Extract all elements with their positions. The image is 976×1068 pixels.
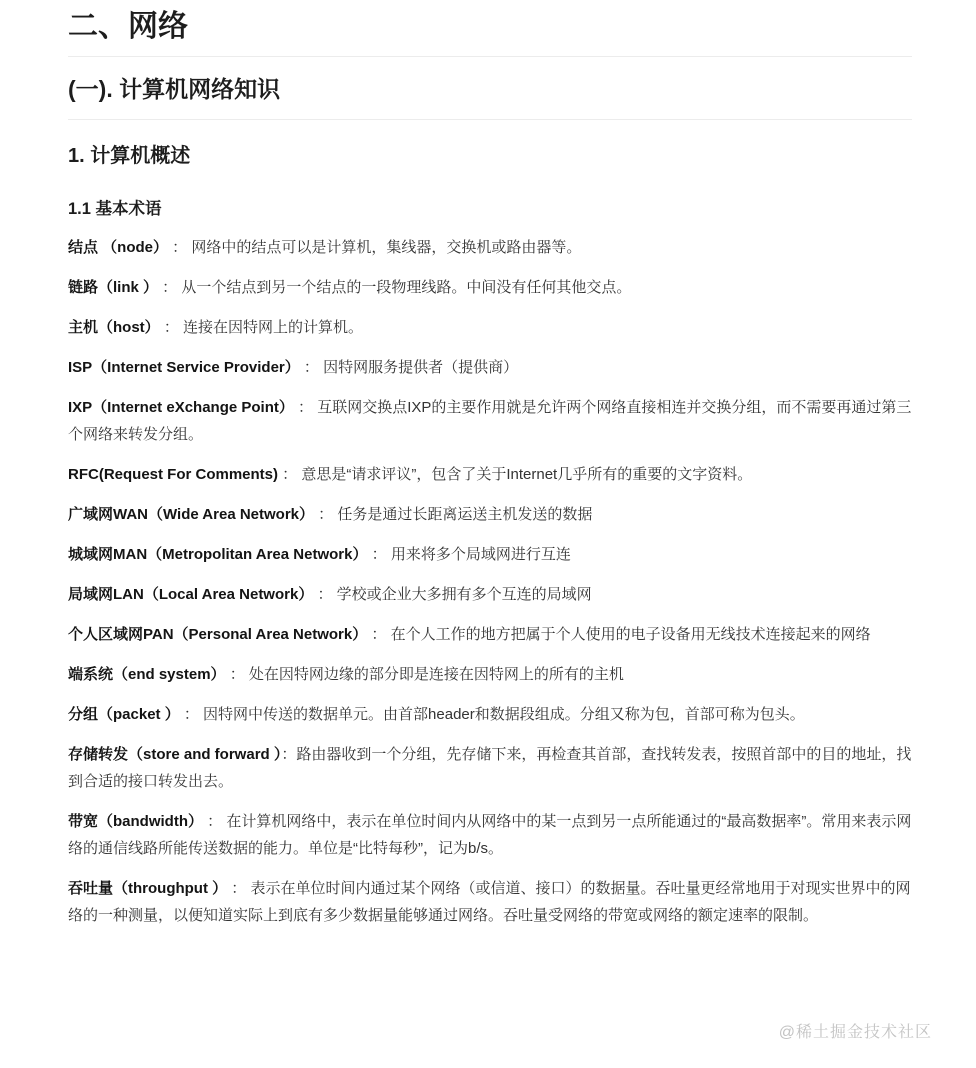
term-separator: ： bbox=[180, 706, 203, 723]
term-definition: 带宽（bandwidth） ： 在计算机网络中，表示在单位时间内从网络中的某一点… bbox=[68, 808, 912, 862]
term-separator: ： bbox=[226, 666, 249, 683]
term-description: 因特网服务提供者（提供商） bbox=[323, 359, 518, 376]
term-description: 任务是通过长距离运送主机发送的数据 bbox=[337, 506, 592, 523]
term-definition: 城域网MAN（Metropolitan Area Network） ： 用来将多… bbox=[68, 541, 912, 568]
section-title: (一). 计算机网络知识 bbox=[68, 73, 912, 120]
term-definition: 存储转发（store and forward ）：路由器收到一个分组，先存储下来… bbox=[68, 741, 912, 795]
term-definition: 局域网LAN（Local Area Network） ： 学校或企业大多拥有多个… bbox=[68, 581, 912, 608]
term-description: 因特网中传送的数据单元。由首部header和数据段组成。分组又称为包，首部可称为… bbox=[203, 706, 805, 723]
term-definition: 主机（host） ： 连接在因特网上的计算机。 bbox=[68, 314, 912, 341]
term-description: 连接在因特网上的计算机。 bbox=[183, 319, 363, 336]
term-separator: ： bbox=[168, 239, 191, 256]
term-definition: 吞吐量（throughput ） ： 表示在单位时间内通过某个网络（或信道、接口… bbox=[68, 875, 912, 929]
term-name: 带宽（bandwidth） bbox=[68, 813, 203, 830]
watermark: @稀土掘金技术社区 bbox=[779, 1019, 932, 1042]
term-separator: ： bbox=[281, 746, 296, 763]
term-separator: ： bbox=[203, 813, 226, 830]
term-name: IXP（Internet eXchange Point） bbox=[68, 399, 294, 416]
term-name: 广域网WAN（Wide Area Network） bbox=[68, 506, 314, 523]
term-definition: 分组（packet ） ： 因特网中传送的数据单元。由首部header和数据段组… bbox=[68, 701, 912, 728]
term-name: 链路（link ） bbox=[68, 279, 158, 296]
term-name: 个人区域网PAN（Personal Area Network） bbox=[68, 626, 367, 643]
term-name: 局域网LAN（Local Area Network） bbox=[68, 586, 313, 603]
term-separator: ： bbox=[300, 359, 323, 376]
term-separator: ： bbox=[294, 399, 317, 416]
term-description: 意思是“请求评议”，包含了关于Internet几乎所有的重要的文字资料。 bbox=[301, 466, 752, 483]
article: 二、网络 (一). 计算机网络知识 1. 计算机概述 1.1 基本术语 结点 （… bbox=[0, 0, 976, 929]
term-definition: 广域网WAN（Wide Area Network） ： 任务是通过长距离运送主机… bbox=[68, 501, 912, 528]
term-definition: IXP（Internet eXchange Point） ： 互联网交换点IXP… bbox=[68, 394, 912, 448]
term-name: ISP（Internet Service Provider） bbox=[68, 359, 300, 376]
page-title: 二、网络 bbox=[68, 6, 912, 57]
term-name: 端系统（end system） bbox=[68, 666, 226, 683]
term-name: RFC(Request For Comments) bbox=[68, 466, 278, 483]
term-definition: ISP（Internet Service Provider） ： 因特网服务提供… bbox=[68, 354, 912, 381]
term-definition: RFC(Request For Comments) ： 意思是“请求评议”，包含… bbox=[68, 461, 912, 488]
term-definition: 链路（link ） ： 从一个结点到另一个结点的一段物理线路。中间没有任何其他交… bbox=[68, 274, 912, 301]
term-name: 结点 （node） bbox=[68, 239, 168, 256]
term-name: 存储转发（store and forward ） bbox=[68, 746, 281, 763]
term-definition: 端系统（end system） ： 处在因特网边缘的部分即是连接在因特网上的所有… bbox=[68, 661, 912, 688]
term-separator: ： bbox=[367, 626, 390, 643]
term-name: 主机（host） bbox=[68, 319, 160, 336]
term-separator: ： bbox=[227, 880, 250, 897]
subsubsection-title: 1.1 基本术语 bbox=[68, 198, 912, 221]
term-description: 学校或企业大多拥有多个互连的局域网 bbox=[337, 586, 592, 603]
terms-list: 结点 （node） ： 网络中的结点可以是计算机，集线器，交换机或路由器等。 链… bbox=[68, 234, 912, 929]
term-separator: ： bbox=[278, 466, 301, 483]
term-separator: ： bbox=[158, 279, 181, 296]
term-separator: ： bbox=[367, 546, 390, 563]
term-description: 处在因特网边缘的部分即是连接在因特网上的所有的主机 bbox=[249, 666, 624, 683]
term-definition: 个人区域网PAN（Personal Area Network） ： 在个人工作的… bbox=[68, 621, 912, 648]
term-separator: ： bbox=[314, 506, 337, 523]
term-name: 城域网MAN（Metropolitan Area Network） bbox=[68, 546, 367, 563]
term-description: 网络中的结点可以是计算机，集线器，交换机或路由器等。 bbox=[191, 239, 581, 256]
subsection-title: 1. 计算机概述 bbox=[68, 142, 912, 170]
term-name: 分组（packet ） bbox=[68, 706, 180, 723]
term-name: 吞吐量（throughput ） bbox=[68, 880, 227, 897]
term-description: 在个人工作的地方把属于个人使用的电子设备用无线技术连接起来的网络 bbox=[391, 626, 871, 643]
term-separator: ： bbox=[160, 319, 183, 336]
term-description: 从一个结点到另一个结点的一段物理线路。中间没有任何其他交点。 bbox=[181, 279, 631, 296]
term-description: 用来将多个局域网进行互连 bbox=[391, 546, 571, 563]
term-separator: ： bbox=[313, 586, 336, 603]
term-definition: 结点 （node） ： 网络中的结点可以是计算机，集线器，交换机或路由器等。 bbox=[68, 234, 912, 261]
